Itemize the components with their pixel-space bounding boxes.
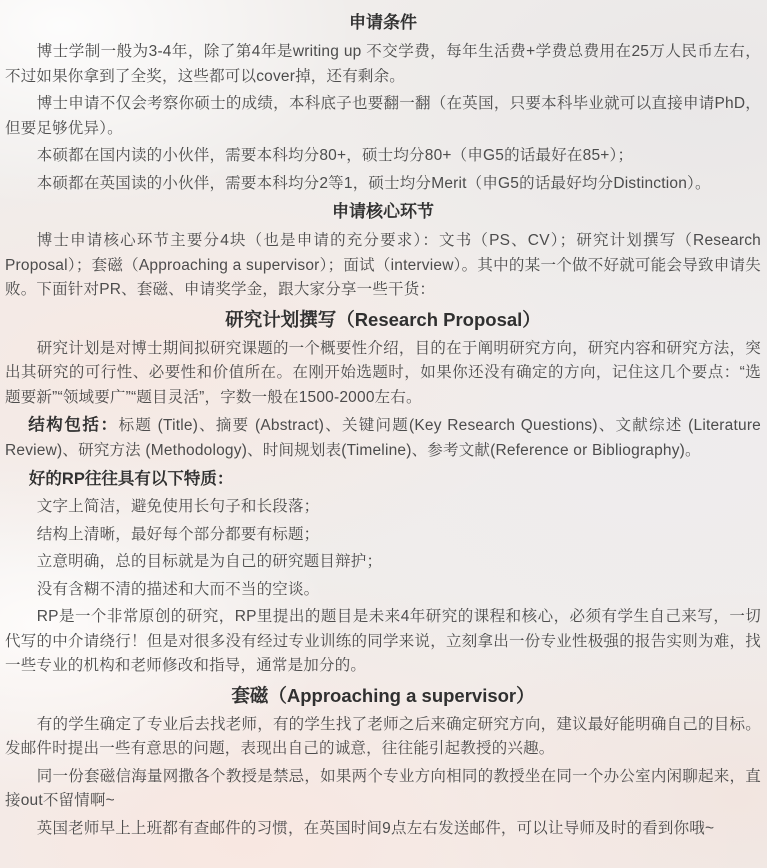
paragraph-grades-check: 博士申请不仅会考察你硕士的成绩，本科底子也要翻一翻（在英国，只要本科毕业就可以直… — [5, 92, 761, 141]
heading-approaching-supervisor: 套磁（Approaching a supervisor） — [5, 682, 761, 709]
paragraph-trait-clear-intent: 立意明确，总的目标就是为自己的研究题目辩护； — [5, 550, 761, 575]
paragraph-email-timing: 英国老师早上上班都有查邮件的习惯，在英国时间9点左右发送邮件，可以让导师及时的看… — [5, 817, 761, 842]
paragraph-trait-no-vagueness: 没有含糊不清的描述和大而不当的空谈。 — [5, 578, 761, 603]
paragraph-rp-intro: 研究计划是对博士期间拟研究课题的一个概要性介绍，目的在于阐明研究方向，研究内容和… — [5, 337, 761, 411]
paragraph-domestic-grades: 本硕都在国内读的小伙伴，需要本科均分80+，硕士均分80+（申G5的话最好在85… — [5, 144, 761, 169]
heading-application-conditions: 申请条件 — [5, 10, 761, 36]
rp-structure-lead: 结构包括： — [28, 416, 118, 434]
paragraph-trait-clear-structure: 结构上清晰，最好每个部分都要有标题； — [5, 523, 761, 548]
paragraph-mass-email-taboo: 同一份套磁信海量网撒各个教授是禁忌，如果两个专业方向相同的教授坐在同一个办公室内… — [5, 765, 761, 814]
article-background: { "page": { "background_base": "#f0edeb"… — [0, 0, 767, 868]
paragraph-uk-grades: 本硕都在英国读的小伙伴，需要本科均分2等1，硕士均分Merit（申G5的话最好均… — [5, 172, 761, 197]
subheading-good-rp-traits: 好的RP往往具有以下特质： — [5, 466, 761, 492]
paragraph-rp-structure: 结构包括：标题 (Title)、摘要 (Abstract)、关键问题(Key R… — [5, 413, 761, 463]
heading-research-proposal: 研究计划撰写（Research Proposal） — [5, 306, 761, 333]
rp-structure-items: 标题 (Title)、摘要 (Abstract)、关键问题(Key Resear… — [5, 417, 761, 459]
heading-core-steps: 申请核心环节 — [5, 199, 761, 225]
article-page: 申请条件 博士学制一般为3-4年，除了第4年是writing up 不交学费，每… — [0, 0, 767, 868]
paragraph-core-steps-overview: 博士申请核心环节主要分4块（也是申请的充分要求）：文书（PS、CV）；研究计划撰… — [5, 229, 761, 303]
paragraph-phd-duration-fees: 博士学制一般为3-4年，除了第4年是writing up 不交学费，每年生活费+… — [5, 40, 761, 89]
paragraph-contact-supervisor: 有的学生确定了专业后去找老师，有的学生找了老师之后来确定研究方向，建议最好能明确… — [5, 713, 761, 762]
paragraph-rp-originality: RP是一个非常原创的研究，RP里提出的题目是未来4年研究的课程和核心，必须有学生… — [5, 605, 761, 679]
paragraph-trait-concise: 文字上简洁，避免使用长句子和长段落； — [5, 495, 761, 520]
